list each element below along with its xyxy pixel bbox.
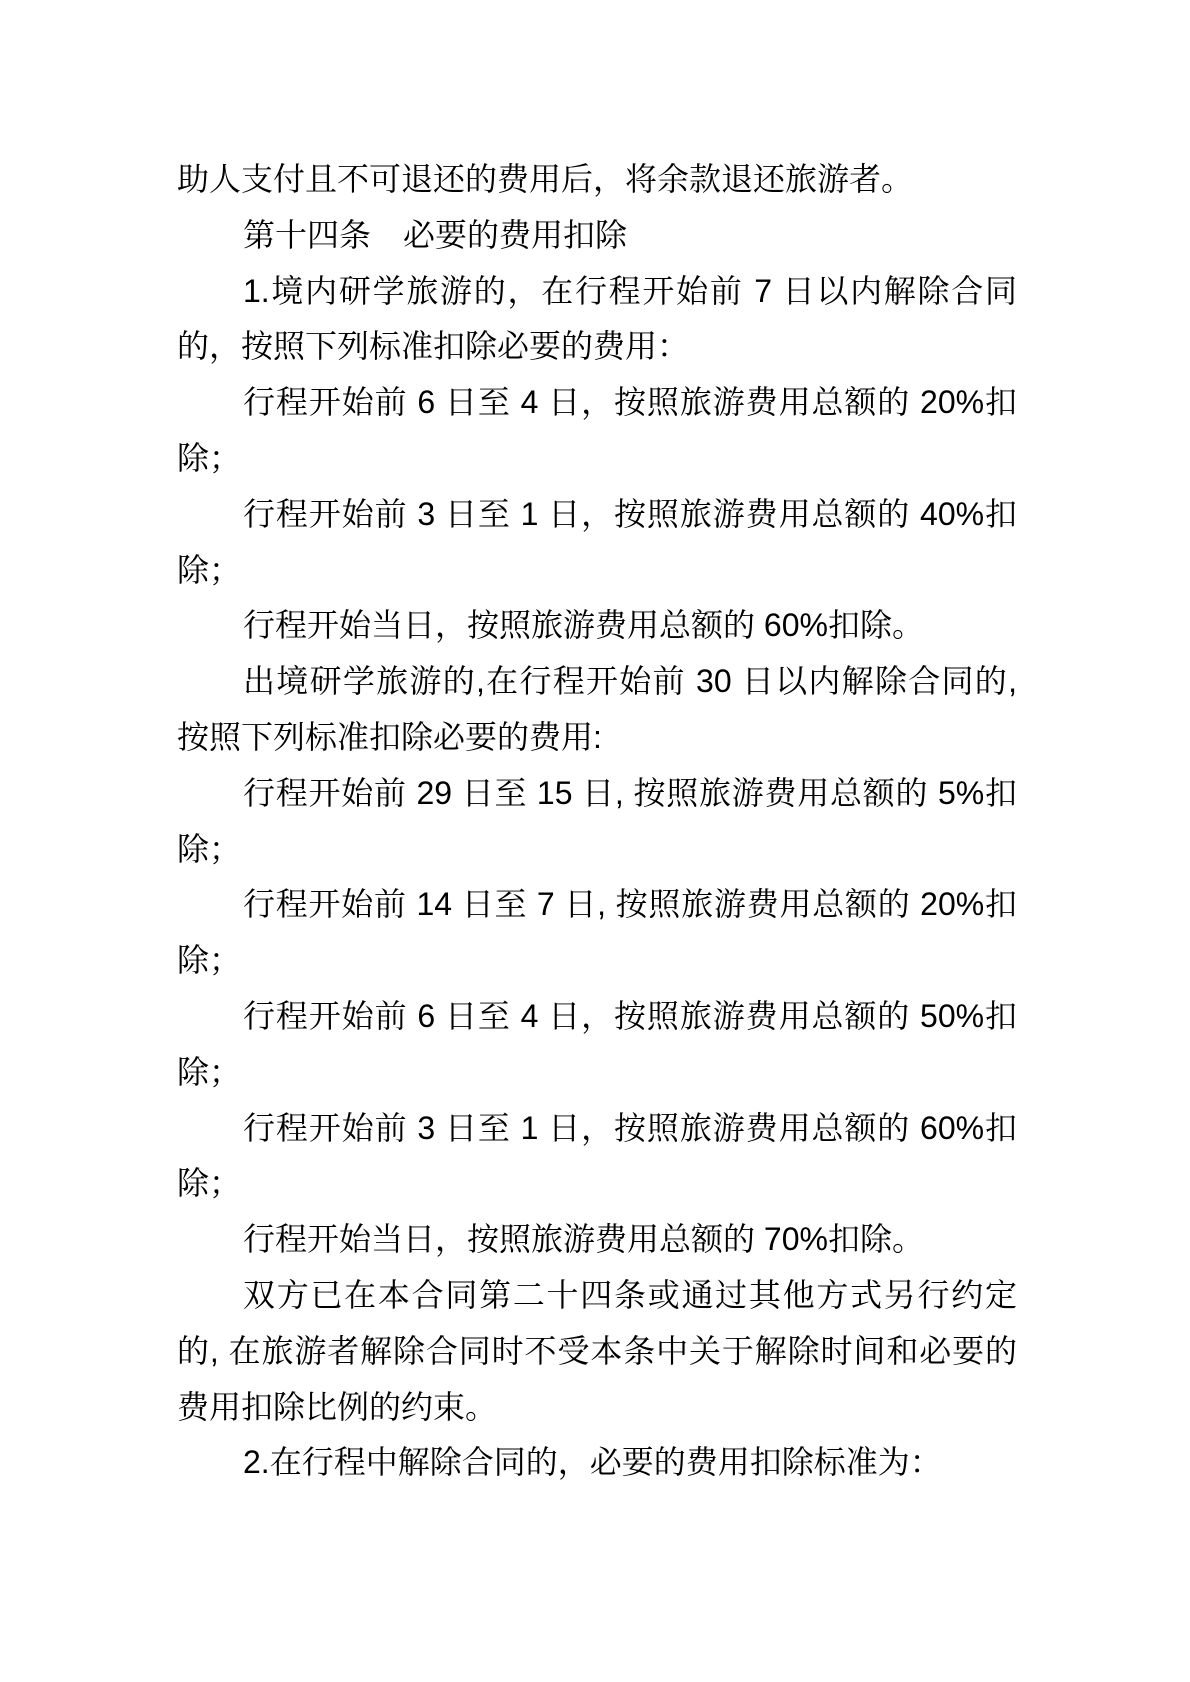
text-line: 除； xyxy=(177,822,1017,878)
text-line: 除； xyxy=(177,1045,1017,1101)
text-line: 除； xyxy=(177,933,1017,989)
article-heading: 第十四条 必要的费用扣除 xyxy=(177,208,1017,264)
text-line: 行程开始前 29 日至 15 日, 按照旅游费用总额的 5%扣 xyxy=(177,766,1017,822)
document-body: 助人支付且不可退还的费用后，将余款退还旅游者。第十四条 必要的费用扣除1.境内研… xyxy=(177,152,1017,1491)
text-line: 行程开始当日，按照旅游费用总额的 60%扣除。 xyxy=(177,598,1017,654)
text-line: 助人支付且不可退还的费用后，将余款退还旅游者。 xyxy=(177,152,1017,208)
text-line: 行程开始前 3 日至 1 日，按照旅游费用总额的 40%扣 xyxy=(177,487,1017,543)
text-line: 除； xyxy=(177,1156,1017,1212)
text-line: 除； xyxy=(177,543,1017,599)
text-line: 2.在行程中解除合同的，必要的费用扣除标准为： xyxy=(177,1435,1017,1491)
text-line: 行程开始前 6 日至 4 日，按照旅游费用总额的 50%扣 xyxy=(177,989,1017,1045)
text-line: 按照下列标准扣除必要的费用: xyxy=(177,710,1017,766)
text-line: 出境研学旅游的,在行程开始前 30 日以内解除合同的, xyxy=(177,654,1017,710)
text-line: 行程开始当日，按照旅游费用总额的 70%扣除。 xyxy=(177,1212,1017,1268)
text-line: 的，按照下列标准扣除必要的费用： xyxy=(177,319,1017,375)
text-line: 双方已在本合同第二十四条或通过其他方式另行约定 xyxy=(177,1268,1017,1324)
text-line: 1.境内研学旅游的，在行程开始前 7 日以内解除合同 xyxy=(177,264,1017,320)
text-line: 除； xyxy=(177,431,1017,487)
text-line: 行程开始前 6 日至 4 日，按照旅游费用总额的 20%扣 xyxy=(177,375,1017,431)
text-line: 的, 在旅游者解除合同时不受本条中关于解除时间和必要的 xyxy=(177,1324,1017,1380)
text-line: 行程开始前 3 日至 1 日，按照旅游费用总额的 60%扣 xyxy=(177,1101,1017,1157)
text-line: 行程开始前 14 日至 7 日, 按照旅游费用总额的 20%扣 xyxy=(177,877,1017,933)
text-line: 费用扣除比例的约束。 xyxy=(177,1380,1017,1436)
